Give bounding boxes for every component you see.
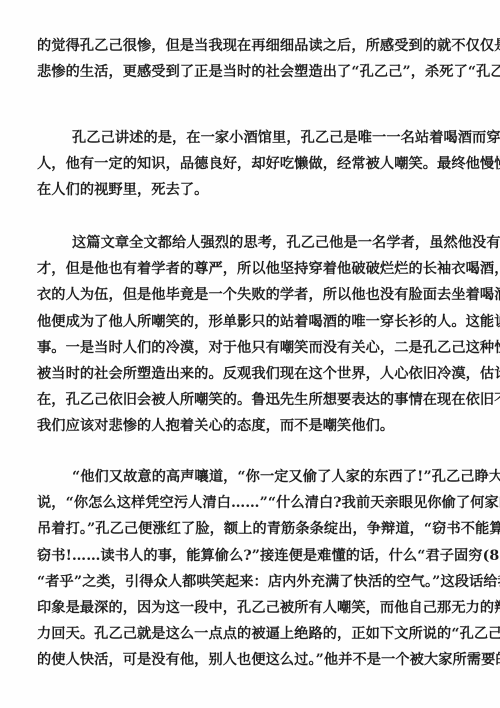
text-line: “他们又故意的高声嚷道，“你一定又偷了人家的东西了!”孔乙己睁大眼睛 — [37, 464, 466, 490]
text-line: 的觉得孔乙己很惨，但是当我现在再细细品读之后，所感受到的就不仅仅是孔乙己 — [37, 33, 466, 59]
text-line: 衣的人为伍，但是他毕竟是一个失败的学者，所以他也没有脸面去坐着喝酒，于是 — [37, 282, 466, 308]
text-line: 说，“你怎么这样凭空污人清白……”“什么清白?我前天亲眼见你偷了何家的书， — [37, 490, 466, 516]
paragraph-4: “他们又故意的高声嚷道，“你一定又偷了人家的东西了!”孔乙己睁大眼睛 说，“你怎… — [37, 464, 466, 674]
text-line: 在，孔乙己依旧会被人所嘲笑的。鲁迅先生所想要表达的事情在现在依旧不过时。 — [37, 387, 466, 413]
text-line: 印象是最深的，因为这一段中，孔乙己被所有人嘲笑，而他自己那无力的辩解也无 — [37, 595, 466, 621]
text-line: 力回天。孔乙己就是这么一点点的被逼上绝路的，正如下文所说的“孔乙己是这样 — [37, 621, 466, 647]
text-line: 人，他有一定的知识，品德良好，却好吃懒做，经常被人嘲笑。最终他慢慢的消失 — [37, 151, 466, 177]
text-line: 窃书!……读书人的事，能算偷么?”接连便是难懂的话，什么“君子固穷(8)”，什么 — [37, 543, 466, 569]
paragraph-3: 这篇文章全文都给人强烈的思考，孔乙己他是一名学者，虽然他没有考上秀 才，但是他也… — [37, 230, 466, 440]
document-page: 的觉得孔乙己很惨，但是当我现在再细细品读之后，所感受到的就不仅仅是孔乙己 悲惨的… — [0, 0, 500, 708]
text-line: 的使人快活，可是没有他，别人也便这么过。”他并不是一个被大家所需要的人， — [37, 647, 466, 673]
paragraph-1: 的觉得孔乙己很惨，但是当我现在再细细品读之后，所感受到的就不仅仅是孔乙己 悲惨的… — [37, 33, 466, 85]
text-line: 他便成为了他人所嘲笑的，形单影只的站着喝酒的唯一穿长衫的人。这能说明很多 — [37, 309, 466, 335]
text-line: 吊着打。”孔乙己便涨红了脸，额上的青筋条条绽出，争辩道，“窃书不能算偷…… — [37, 516, 466, 542]
text-line: 事。一是当时人们的冷漠，对于他只有嘲笑而没有关心，二是孔乙己这种性格就是 — [37, 335, 466, 361]
text-line: 我们应该对悲惨的人抱着关心的态度，而不是嘲笑他们。 — [37, 413, 466, 439]
text-line: 悲惨的生活，更感受到了正是当时的社会塑造出了“孔乙己”，杀死了“孔乙己”。 — [37, 59, 466, 85]
text-line: 这篇文章全文都给人强烈的思考，孔乙己他是一名学者，虽然他没有考上秀 — [37, 230, 466, 256]
text-line: “者乎”之类，引得众人都哄笑起来：店内外充满了快活的空气。”这段话给我的 — [37, 569, 466, 595]
text-line: 孔乙己讲述的是，在一家小酒馆里，孔乙己是唯一一名站着喝酒而穿长袖的 — [37, 125, 466, 151]
paragraph-2: 孔乙己讲述的是，在一家小酒馆里，孔乙己是唯一一名站着喝酒而穿长袖的 人，他有一定… — [37, 125, 466, 204]
text-line: 在人们的视野里，死去了。 — [37, 177, 466, 203]
text-line: 才，但是他也有着学者的尊严，所以他坚持穿着他破破烂烂的长袖衣喝酒，不与短 — [37, 256, 466, 282]
text-line: 被当时的社会所塑造出来的。反观我们现在这个世界，人心依旧冷漠，估计放到现 — [37, 361, 466, 387]
